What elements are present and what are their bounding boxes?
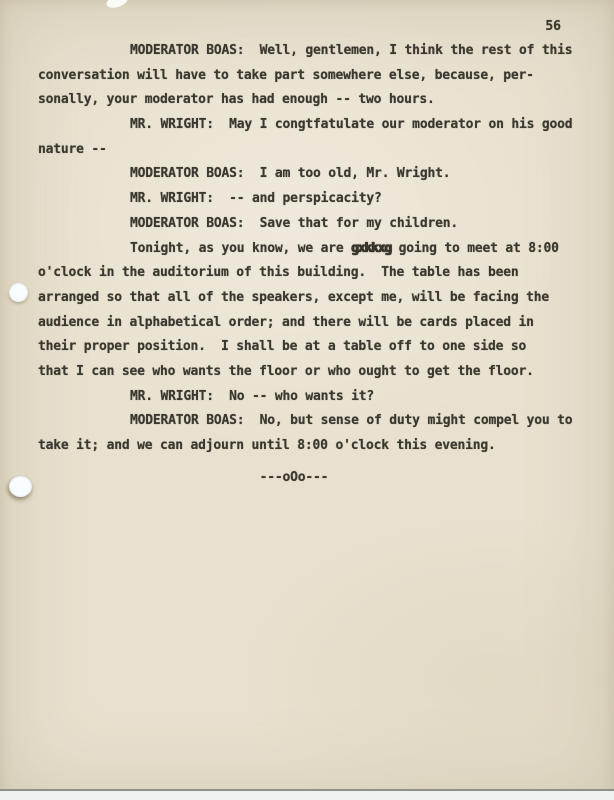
transcript-line: MR. WRIGHT: -- and perspicacity? — [38, 187, 578, 212]
transcript-line: MODERATOR BOAS: No, but sense of duty mi… — [38, 409, 578, 434]
line-segment: Tonight, as you know, we are — [130, 241, 351, 256]
section-separator: ---oOo--- — [38, 466, 578, 491]
transcript-line: MR. WRIGHT: No -- who wants it? — [38, 385, 578, 410]
transcript-line: MODERATOR BOAS: Save that for my childre… — [38, 212, 578, 237]
transcript-line: arranged so that all of the speakers, ex… — [38, 286, 578, 311]
transcript-line: nature -- — [38, 138, 578, 163]
overstruck-word: gxkkxg — [351, 241, 391, 256]
transcript-line: that I can see who wants the floor or wh… — [38, 360, 578, 385]
transcript-line: conversation will have to take part some… — [38, 64, 578, 89]
transcript-line: MR. WRIGHT: May I congtfatulate our mode… — [38, 113, 578, 138]
transcript-line-with-overstrike: Tonight, as you know, we are gxkkxg goin… — [38, 237, 578, 262]
document-page: 56 MODERATOR BOAS: Well, gentlemen, I th… — [0, 0, 614, 800]
transcript-line: MODERATOR BOAS: I am too old, Mr. Wright… — [38, 162, 578, 187]
page-number: 56 — [545, 19, 561, 34]
transcript-line: o'clock in the auditorium of this buildi… — [38, 261, 578, 286]
transcript-line: take it; and we can adjourn until 8:00 o… — [38, 434, 578, 459]
scan-artifact — [105, 0, 129, 10]
scan-edge — [0, 789, 614, 800]
punch-hole-bottom — [9, 476, 32, 497]
transcript-line: audience in alphabetical order; and ther… — [38, 311, 578, 336]
transcript-line: MODERATOR BOAS: Well, gentlemen, I think… — [38, 39, 578, 64]
line-segment: going to meet at 8:00 — [391, 241, 559, 256]
transcript: MODERATOR BOAS: Well, gentlemen, I think… — [38, 39, 578, 490]
transcript-line: their proper position. I shall be at a t… — [38, 335, 578, 360]
transcript-line: sonally, your moderator has had enough -… — [38, 88, 578, 113]
punch-hole-top — [9, 283, 28, 302]
